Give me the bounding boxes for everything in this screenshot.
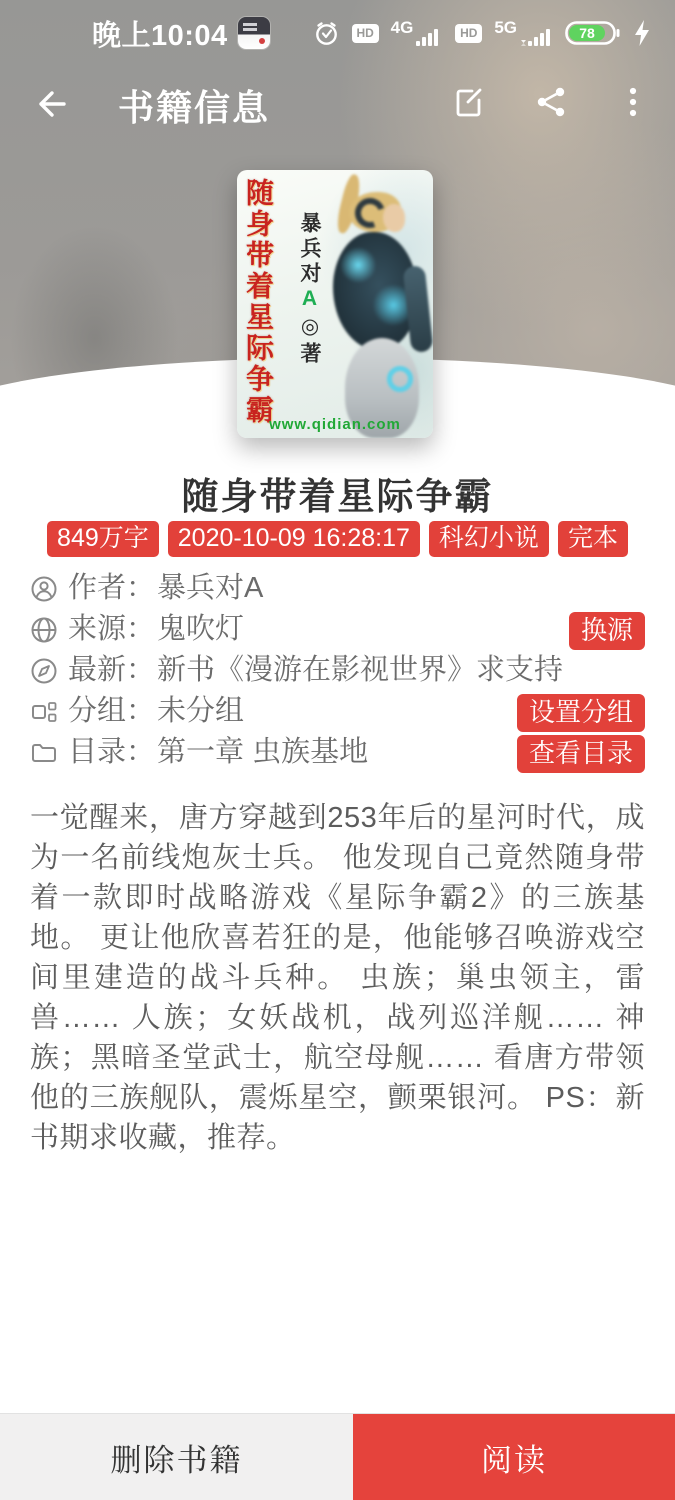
catalog-value: 第一章 虫族基地 xyxy=(157,738,368,767)
status-right: HD 4G HD 5G xyxy=(313,19,651,48)
info-list: 作者： 暴兵对A 来源： 鬼吹灯 换源 最新： xyxy=(30,568,645,773)
badge-update-time: 2020-10-09 16:28:17 xyxy=(168,521,420,557)
battery-percent-text: 78 xyxy=(579,25,595,41)
header-actions xyxy=(447,80,655,124)
group-value: 未分组 xyxy=(157,697,244,726)
battery-indicator: 78 xyxy=(565,19,621,47)
group-label: 分组： xyxy=(68,697,155,726)
book-title: 随身带着星际争霸 xyxy=(0,466,675,520)
status-bar: 晚上10:04 HD 4G HD xyxy=(0,12,675,54)
status-time: 晚上10:04 xyxy=(92,13,228,54)
app-header: 书籍信息 xyxy=(0,76,675,134)
hd-voice-icon-1: HD xyxy=(352,24,379,43)
view-catalog-button[interactable]: 查看目录 xyxy=(517,735,645,773)
notification-app-icon xyxy=(238,17,270,49)
source-label: 来源： xyxy=(68,615,155,644)
catalog-label: 目录： xyxy=(68,738,155,767)
group-icon xyxy=(30,698,58,726)
signal-5g-icon: 5G xyxy=(494,19,553,48)
read-button[interactable]: 阅读 xyxy=(353,1414,675,1500)
book-cover[interactable]: 随身带着星际争霸 暴兵对A◎著 www.qidian.com xyxy=(237,170,433,438)
author-icon xyxy=(30,575,58,603)
info-row-catalog: 目录： 第一章 虫族基地 查看目录 xyxy=(30,732,645,773)
book-description: 一觉醒来，唐方穿越到253年后的星河时代，成为一名前线炮灰士兵。 他发现自己竟然… xyxy=(30,798,645,1158)
delete-book-button[interactable]: 删除书籍 xyxy=(0,1414,353,1500)
info-row-author: 作者： 暴兵对A xyxy=(30,568,645,609)
charging-icon xyxy=(633,19,651,47)
change-source-button[interactable]: 换源 xyxy=(569,612,645,650)
latest-label: 最新： xyxy=(68,656,155,685)
latest-value: 新书《漫游在影视世界》求支持 xyxy=(157,656,563,685)
edit-icon[interactable] xyxy=(447,80,491,124)
hd-voice-icon-2: HD xyxy=(455,24,482,43)
badge-word-count: 849万字 xyxy=(47,521,159,557)
share-icon[interactable] xyxy=(529,80,573,124)
cover-site-url: www.qidian.com xyxy=(237,416,433,433)
cover-author-text: 暴兵对A◎著 xyxy=(299,212,320,367)
info-row-source: 来源： 鬼吹灯 换源 xyxy=(30,609,645,650)
cover-vertical-title: 随身带着星际争霸 xyxy=(243,178,271,426)
badge-row: 849万字 2020-10-09 16:28:17 科幻小说 完本 xyxy=(0,521,675,557)
set-group-button[interactable]: 设置分组 xyxy=(517,694,645,732)
info-row-group: 分组： 未分组 设置分组 xyxy=(30,691,645,732)
info-row-latest: 最新： 新书《漫游在影视世界》求支持 xyxy=(30,650,645,691)
source-value: 鬼吹灯 xyxy=(157,615,244,644)
more-menu-icon[interactable] xyxy=(611,80,655,124)
signal-4g-icon: 4G xyxy=(391,19,444,48)
badge-genre: 科幻小说 xyxy=(429,521,549,557)
author-value: 暴兵对A xyxy=(157,574,263,603)
alarm-icon xyxy=(313,20,340,47)
back-button[interactable] xyxy=(28,82,72,126)
author-label: 作者： xyxy=(68,574,155,603)
latest-chapter-icon xyxy=(30,657,58,685)
book-info-screen: 晚上10:04 HD 4G HD xyxy=(0,0,675,1500)
status-left: 晚上10:04 xyxy=(92,13,270,54)
page-title: 书籍信息 xyxy=(118,80,270,131)
bottom-action-bar: 删除书籍 阅读 xyxy=(0,1413,675,1500)
catalog-folder-icon xyxy=(30,739,58,767)
badge-status: 完本 xyxy=(558,521,628,557)
source-icon xyxy=(30,616,58,644)
